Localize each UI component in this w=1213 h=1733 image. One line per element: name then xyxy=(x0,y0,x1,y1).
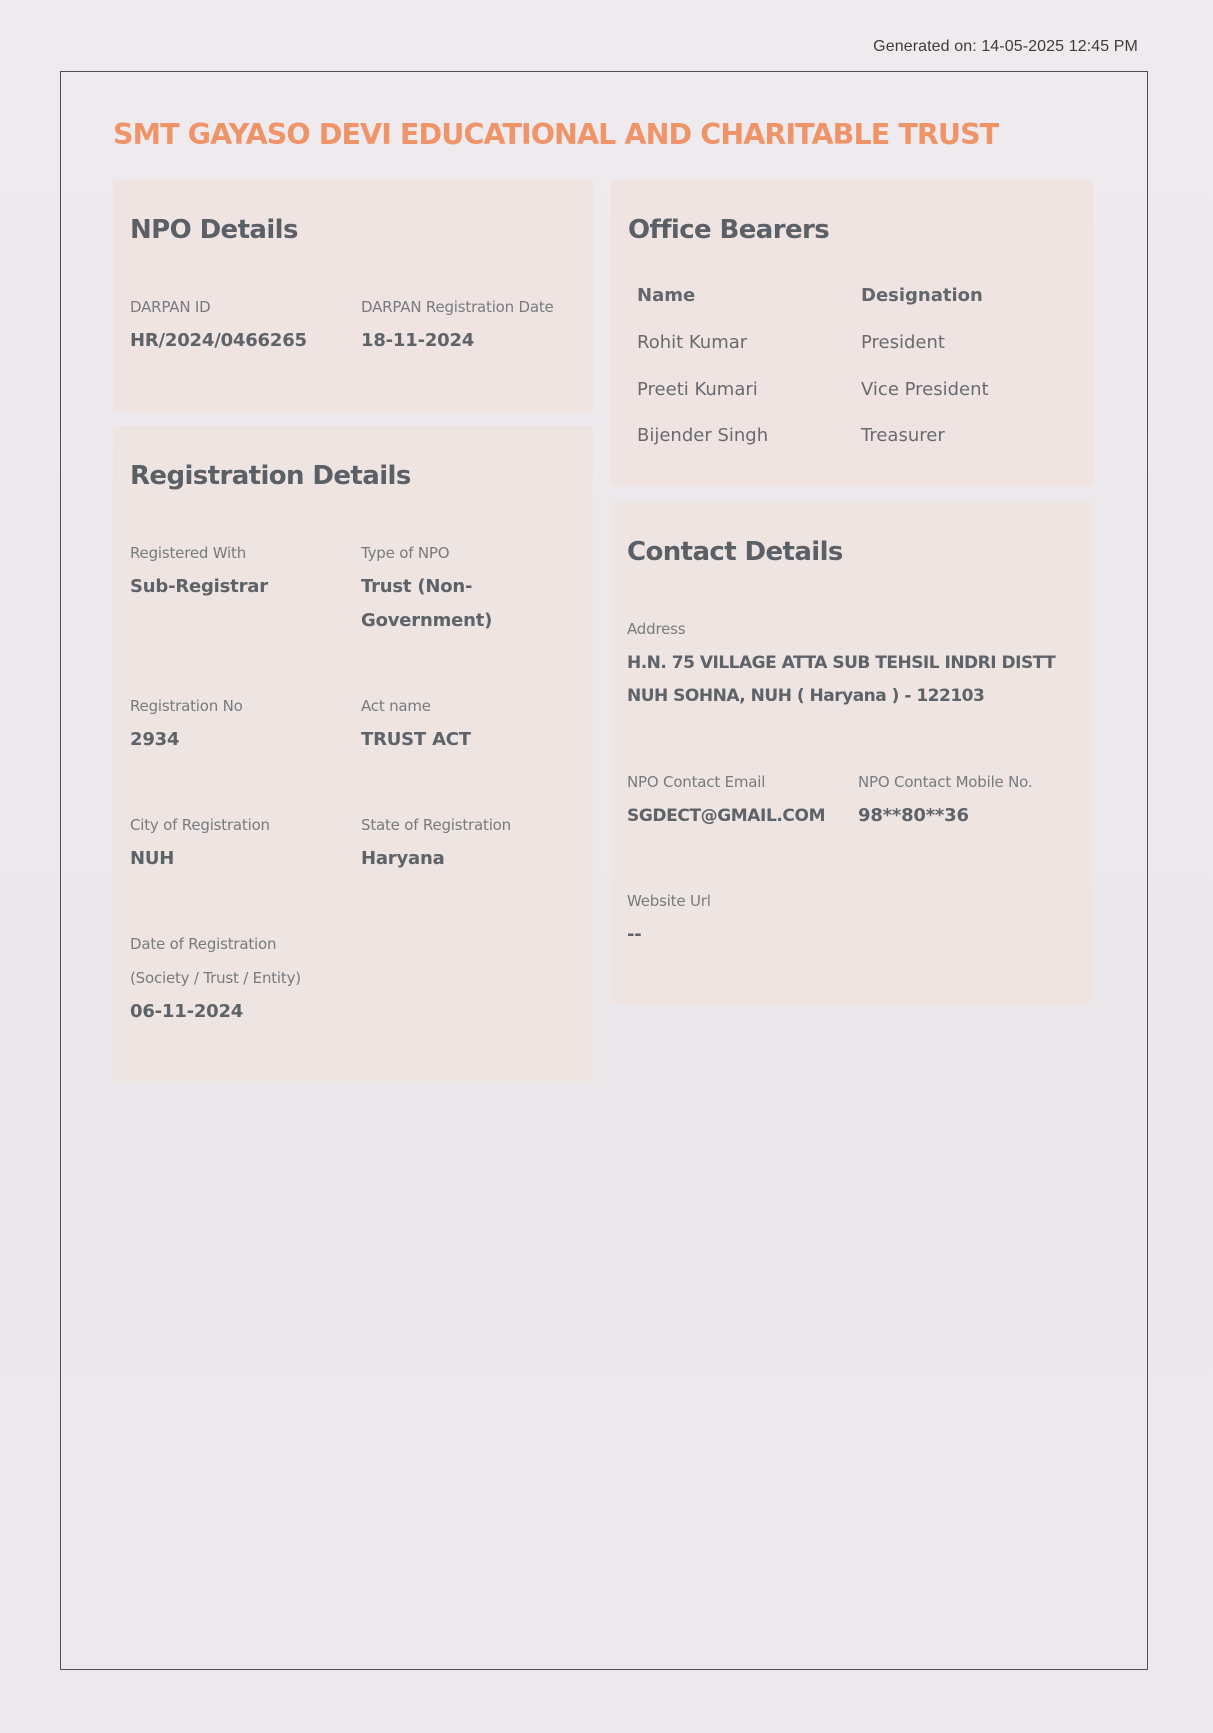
bearer-designation: President xyxy=(861,332,945,353)
bearer-designation: Treasurer xyxy=(861,425,945,446)
office-bearers-card: Office Bearers Name Designation Rohit Ku… xyxy=(611,180,1093,486)
contact-email-value: SGDECT@GMAIL.COM xyxy=(627,799,825,833)
address-line-1: H.N. 75 VILLAGE ATTA SUB TEHSIL INDRI DI… xyxy=(627,646,1055,680)
office-bearers-heading: Office Bearers xyxy=(628,215,829,245)
bearer-name: Rohit Kumar xyxy=(637,332,747,353)
date-of-registration-value: 06-11-2024 xyxy=(130,995,243,1029)
organization-title: SMT GAYASO DEVI EDUCATIONAL AND CHARITAB… xyxy=(113,118,998,151)
registration-details-heading: Registration Details xyxy=(130,461,411,491)
state-of-registration-label: State of Registration xyxy=(361,816,511,834)
npo-details-card: NPO Details DARPAN ID HR/2024/0466265 DA… xyxy=(113,180,593,412)
darpan-id-value: HR/2024/0466265 xyxy=(130,324,307,358)
contact-email-label: NPO Contact Email xyxy=(627,773,765,791)
contact-details-card: Contact Details Address H.N. 75 VILLAGE … xyxy=(611,502,1093,1004)
npo-details-heading: NPO Details xyxy=(130,215,298,245)
darpan-id-label: DARPAN ID xyxy=(130,298,210,316)
city-of-registration-value: NUH xyxy=(130,842,174,876)
bearer-name: Bijender Singh xyxy=(637,425,768,446)
date-of-registration-label: Date of Registration xyxy=(130,935,276,953)
act-name-label: Act name xyxy=(361,697,431,715)
registration-details-card: Registration Details Registered With Sub… xyxy=(113,426,593,1082)
registered-with-value: Sub-Registrar xyxy=(130,570,268,604)
contact-mobile-value: 98**80**36 xyxy=(858,799,969,833)
column-header-name: Name xyxy=(637,285,695,306)
type-of-npo-value: Trust (Non-Government) xyxy=(361,570,511,638)
darpan-registration-date-value: 18-11-2024 xyxy=(361,324,474,358)
address-label: Address xyxy=(627,620,685,638)
column-header-designation: Designation xyxy=(861,285,983,306)
registration-no-label: Registration No xyxy=(130,697,243,715)
registered-with-label: Registered With xyxy=(130,544,246,562)
website-url-value: -- xyxy=(627,918,642,952)
bearer-name: Preeti Kumari xyxy=(637,379,758,400)
darpan-registration-date-label: DARPAN Registration Date xyxy=(361,298,554,316)
website-url-label: Website Url xyxy=(627,892,711,910)
generated-timestamp: Generated on: 14-05-2025 12:45 PM xyxy=(873,38,1138,56)
state-of-registration-value: Haryana xyxy=(361,842,445,876)
city-of-registration-label: City of Registration xyxy=(130,816,270,834)
bearer-designation: Vice President xyxy=(861,379,989,400)
date-of-registration-sublabel: (Society / Trust / Entity) xyxy=(130,969,301,987)
document-page: Generated on: 14-05-2025 12:45 PM SMT GA… xyxy=(0,0,1213,1733)
address-line-2: NUH SOHNA, NUH ( Haryana ) - 122103 xyxy=(627,679,984,713)
act-name-value: TRUST ACT xyxy=(361,723,471,757)
contact-mobile-label: NPO Contact Mobile No. xyxy=(858,773,1032,791)
registration-no-value: 2934 xyxy=(130,723,179,757)
type-of-npo-label: Type of NPO xyxy=(361,544,449,562)
contact-details-heading: Contact Details xyxy=(627,537,843,567)
